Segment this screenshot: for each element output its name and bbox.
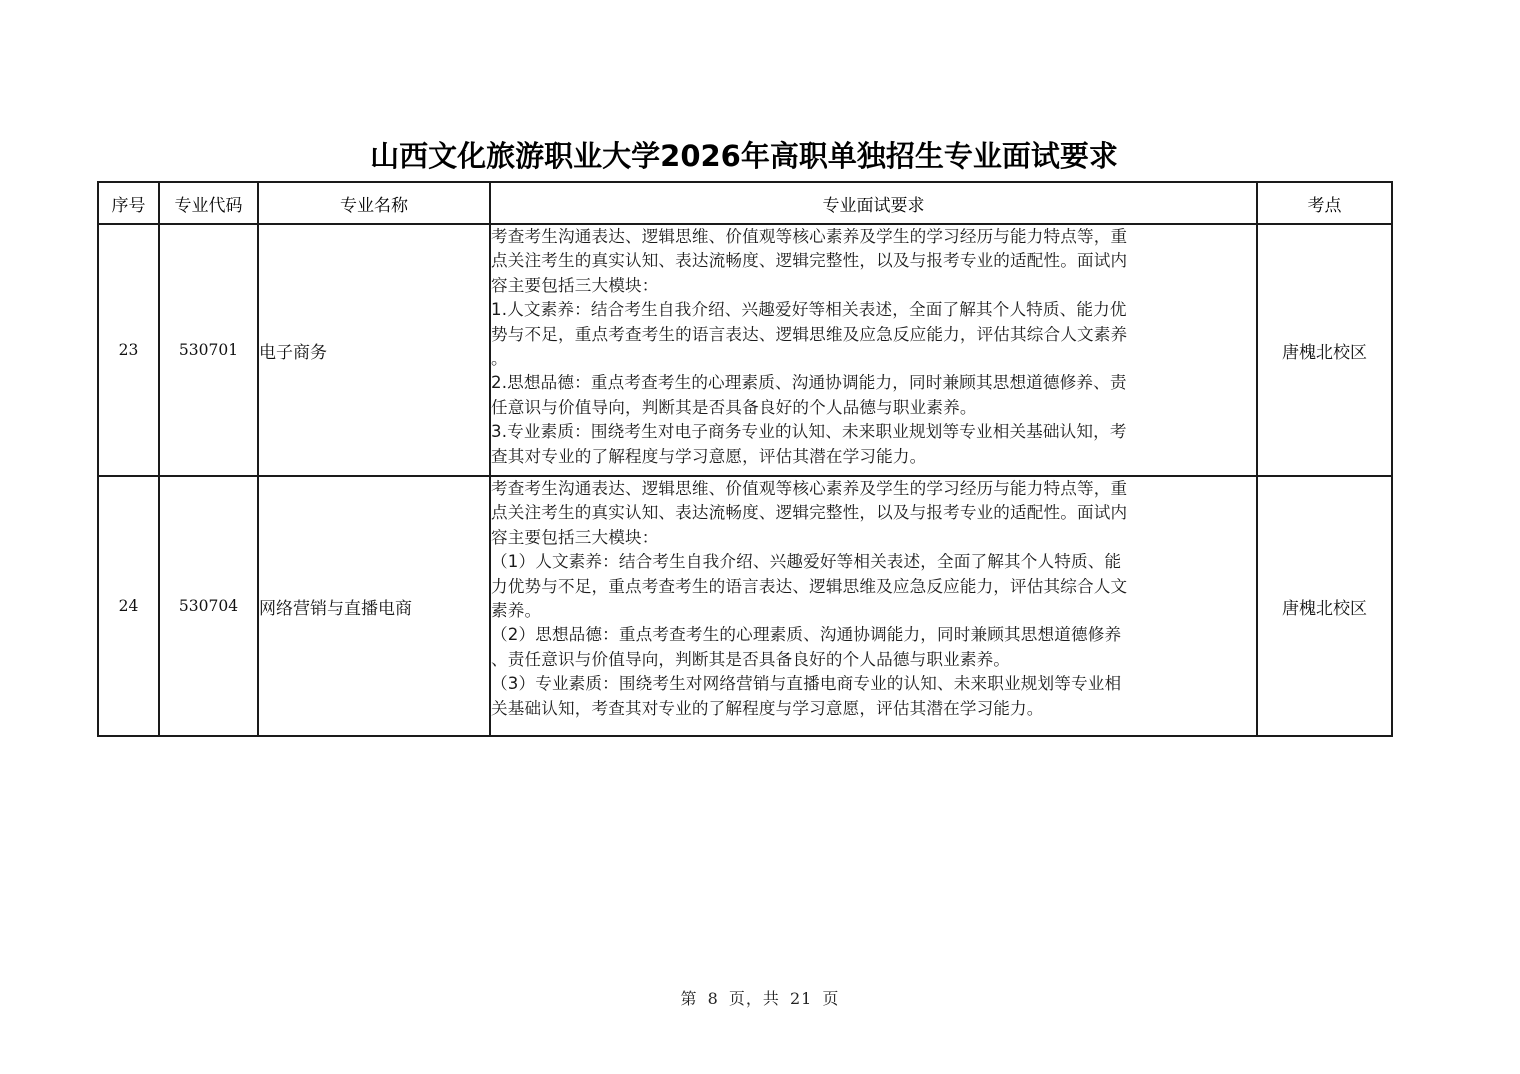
requirement-line: 点关注考生的真实认知、表达流畅度、逻辑完整性，以及与报考专业的适配性。面试内	[491, 501, 1256, 525]
cell-major-name: 网络营销与直播电商	[258, 476, 490, 736]
cell-major-code: 530701	[159, 224, 258, 476]
header-major-name: 专业名称	[258, 182, 490, 224]
requirement-line: 容主要包括三大模块：	[491, 526, 1256, 550]
cell-major-name: 电子商务	[258, 224, 490, 476]
requirement-line: 考查考生沟通表达、逻辑思维、价值观等核心素养及学生的学习经历与能力特点等，重	[491, 225, 1256, 249]
requirement-line: 容主要包括三大模块：	[491, 274, 1256, 298]
cell-exam-location: 唐槐北校区	[1257, 476, 1392, 736]
page-title: 山西文化旅游职业大学2026年高职单独招生专业面试要求	[0, 134, 1488, 178]
requirement-line: （1）人文素养：结合考生自我介绍、兴趣爱好等相关表述，全面了解其个人特质、能	[491, 550, 1256, 574]
cell-interview-requirements: 考查考生沟通表达、逻辑思维、价值观等核心素养及学生的学习经历与能力特点等，重 点…	[490, 476, 1257, 736]
requirement-line: 3.专业素质：围绕考生对电子商务专业的认知、未来职业规划等专业相关基础认知，考	[491, 420, 1256, 444]
requirement-line: 。	[491, 347, 1256, 371]
requirement-line: 素养。	[491, 599, 1256, 623]
cell-index: 24	[98, 476, 159, 736]
requirement-line: 势与不足，重点考查考生的语言表达、逻辑思维及应急反应能力，评估其综合人文素养	[491, 323, 1256, 347]
table-row: 23 530701 电子商务 考查考生沟通表达、逻辑思维、价值观等核心素养及学生…	[98, 224, 1392, 476]
requirement-line: 点关注考生的真实认知、表达流畅度、逻辑完整性，以及与报考专业的适配性。面试内	[491, 249, 1256, 273]
requirement-line: 关基础认知，考查其对专业的了解程度与学习意愿，评估其潜在学习能力。	[491, 697, 1256, 721]
cell-interview-requirements: 考查考生沟通表达、逻辑思维、价值观等核心素养及学生的学习经历与能力特点等，重 点…	[490, 224, 1257, 476]
requirement-line: （2）思想品德：重点考查考生的心理素质、沟通协调能力，同时兼顾其思想道德修养	[491, 623, 1256, 647]
requirement-line: 、责任意识与价值导向，判断其是否具备良好的个人品德与职业素养。	[491, 648, 1256, 672]
interview-requirements-table: 序号 专业代码 专业名称 专业面试要求 考点 23 530701 电子商务 考查…	[97, 181, 1393, 737]
table-header-row: 序号 专业代码 专业名称 专业面试要求 考点	[98, 182, 1392, 224]
table-row: 24 530704 网络营销与直播电商 考查考生沟通表达、逻辑思维、价值观等核心…	[98, 476, 1392, 736]
requirement-line: 任意识与价值导向，判断其是否具备良好的个人品德与职业素养。	[491, 396, 1256, 420]
cell-major-code: 530704	[159, 476, 258, 736]
cell-index: 23	[98, 224, 159, 476]
requirement-line: （3）专业素质：围绕考生对网络营销与直播电商专业的认知、未来职业规划等专业相	[491, 672, 1256, 696]
header-major-code: 专业代码	[159, 182, 258, 224]
requirement-line: 考查考生沟通表达、逻辑思维、价值观等核心素养及学生的学习经历与能力特点等，重	[491, 477, 1256, 501]
cell-exam-location: 唐槐北校区	[1257, 224, 1392, 476]
requirement-line: 力优势与不足，重点考查考生的语言表达、逻辑思维及应急反应能力，评估其综合人文	[491, 575, 1256, 599]
requirement-line: 2.思想品德：重点考查考生的心理素质、沟通协调能力，同时兼顾其思想道德修养、责	[491, 371, 1256, 395]
header-interview-requirements: 专业面试要求	[490, 182, 1257, 224]
requirement-line: 1.人文素养：结合考生自我介绍、兴趣爱好等相关表述，全面了解其个人特质、能力优	[491, 298, 1256, 322]
header-exam-location: 考点	[1257, 182, 1392, 224]
page-number-footer: 第 8 页，共 21 页	[0, 986, 1520, 1009]
header-index: 序号	[98, 182, 159, 224]
requirement-line: 查其对专业的了解程度与学习意愿，评估其潜在学习能力。	[491, 445, 1256, 469]
